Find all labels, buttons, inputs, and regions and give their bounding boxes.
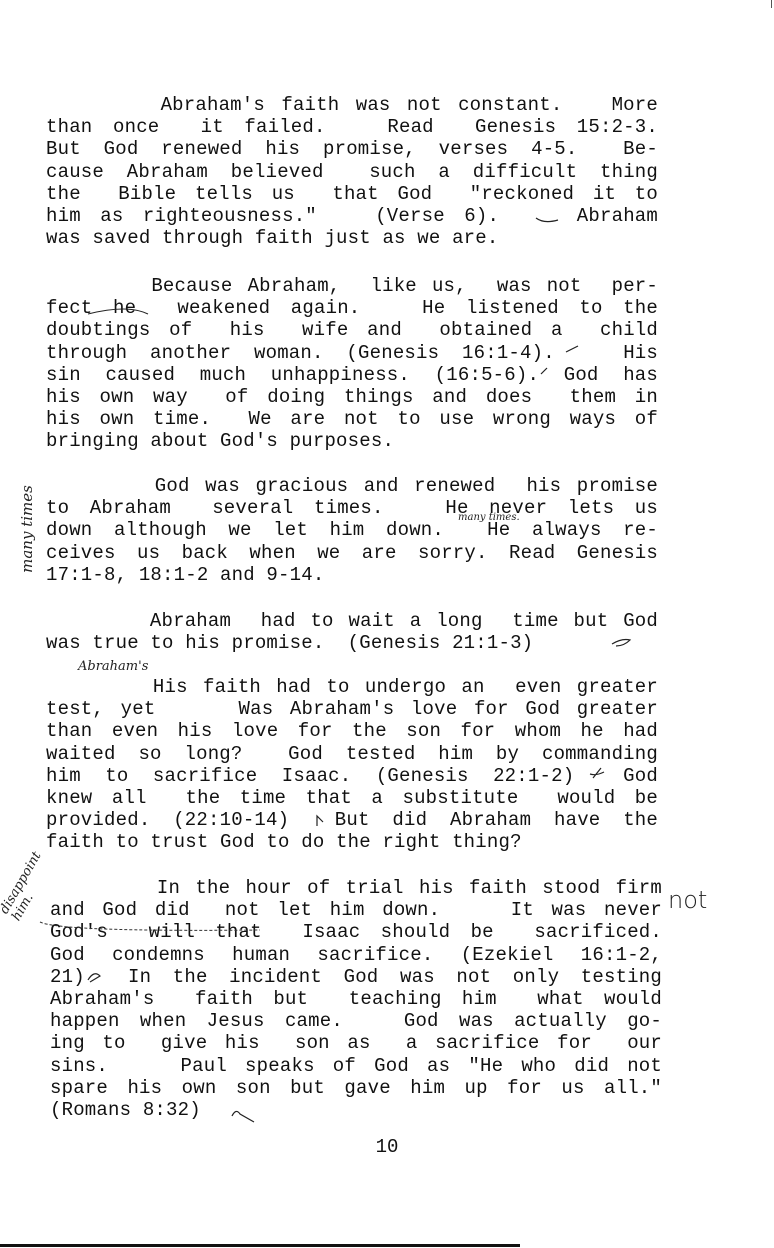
text-line: knew all the time that a substitute woul… xyxy=(46,787,658,809)
text-line: (Romans 8:32) xyxy=(50,1099,662,1121)
text-line: faith to trust God to do the right thing… xyxy=(46,831,658,853)
text-line: sins. Paul speaks of God as "He who did … xyxy=(50,1055,662,1077)
page-number: 10 xyxy=(0,1136,774,1158)
paragraph-3: God was gracious and renewed his promise… xyxy=(46,475,658,586)
text-line: Abraham's faith was not constant. More xyxy=(46,94,658,116)
scan-edge xyxy=(0,1244,520,1247)
paragraph-6: In the hour of trial his faith stood fir… xyxy=(50,877,662,1121)
text-line: was true to his promise. (Genesis 21:1-3… xyxy=(46,632,658,654)
text-line: waited so long? God tested him by comman… xyxy=(46,743,658,765)
text-line: ing to give his son as a sacrifice for o… xyxy=(50,1032,662,1054)
text-line: God was gracious and renewed his promise xyxy=(46,475,658,497)
text-line: the Bible tells us that God "reckoned it… xyxy=(46,183,658,205)
text-line: through another woman. (Genesis 16:1-4).… xyxy=(46,342,658,364)
text-line: Abraham had to wait a long time but God xyxy=(46,610,658,632)
scan-edge-mark xyxy=(771,0,772,8)
text-line: bringing about God's purposes. xyxy=(46,430,658,452)
text-line: him to sacrifice Isaac. (Genesis 22:1-2)… xyxy=(46,765,658,787)
text-line: than once it failed. Read Genesis 15:2-3… xyxy=(46,116,658,138)
text-line: him as righteousness." (Verse 6). Abraha… xyxy=(46,205,658,227)
text-line: His faith had to undergo an even greater xyxy=(46,676,658,698)
text-line: test, yet Was Abraham's love for God gre… xyxy=(46,698,658,720)
text-line: Because Abraham, like us, was not per- xyxy=(46,275,658,297)
text-line: down although we let him down. He always… xyxy=(46,519,658,541)
text-line: God condemns human sacrifice. (Ezekiel 1… xyxy=(50,944,662,966)
text-line: his own time. We are not to use wrong wa… xyxy=(46,408,658,430)
text-line: to Abraham several times. He never lets … xyxy=(46,497,658,519)
text-line: provided. (22:10-14) But did Abraham hav… xyxy=(46,809,658,831)
text-line: fect he weakened again. He listened to t… xyxy=(46,297,658,319)
text-line: 17:1-8, 18:1-2 and 9-14. xyxy=(46,564,658,586)
text-line: ceives us back when we are sorry. Read G… xyxy=(46,542,658,564)
text-line: sin caused much unhappiness. (16:5-6). G… xyxy=(46,364,658,386)
text-line: cause Abraham believed such a difficult … xyxy=(46,161,658,183)
text-line: In the hour of trial his faith stood fir… xyxy=(50,877,662,899)
handwritten-note-not: not xyxy=(668,886,707,914)
handwritten-note-above-down: many times. xyxy=(458,512,520,523)
text-line: Abraham's faith but teaching him what wo… xyxy=(50,988,662,1010)
paragraph-1: Abraham's faith was not constant. More t… xyxy=(46,94,658,249)
text-line: happen when Jesus came. God was actually… xyxy=(50,1010,662,1032)
paragraph-5: His faith had to undergo an even greater… xyxy=(46,676,658,854)
text-line: doubtings of his wife and obtained a chi… xyxy=(46,319,658,341)
handwritten-note-margin-many-times: many times xyxy=(18,474,36,584)
text-line: his own way of doing things and does the… xyxy=(46,386,658,408)
text-line: than even his love for the son for whom … xyxy=(46,720,658,742)
text-line: and God did not let him down. It was nev… xyxy=(50,899,662,921)
handwritten-note-abrahams: Abraham's xyxy=(78,659,148,674)
text-line: But God renewed his promise, verses 4-5.… xyxy=(46,138,658,160)
text-line: 21) In the incident God was not only tes… xyxy=(50,966,662,988)
text-line: was saved through faith just as we are. xyxy=(46,227,658,249)
text-line: God's will that Isaac should be sacrific… xyxy=(50,921,662,943)
paragraph-4: Abraham had to wait a long time but God … xyxy=(46,610,658,654)
paragraph-2: Because Abraham, like us, was not per- f… xyxy=(46,275,658,453)
text-line: spare his own son but gave him up for us… xyxy=(50,1077,662,1099)
